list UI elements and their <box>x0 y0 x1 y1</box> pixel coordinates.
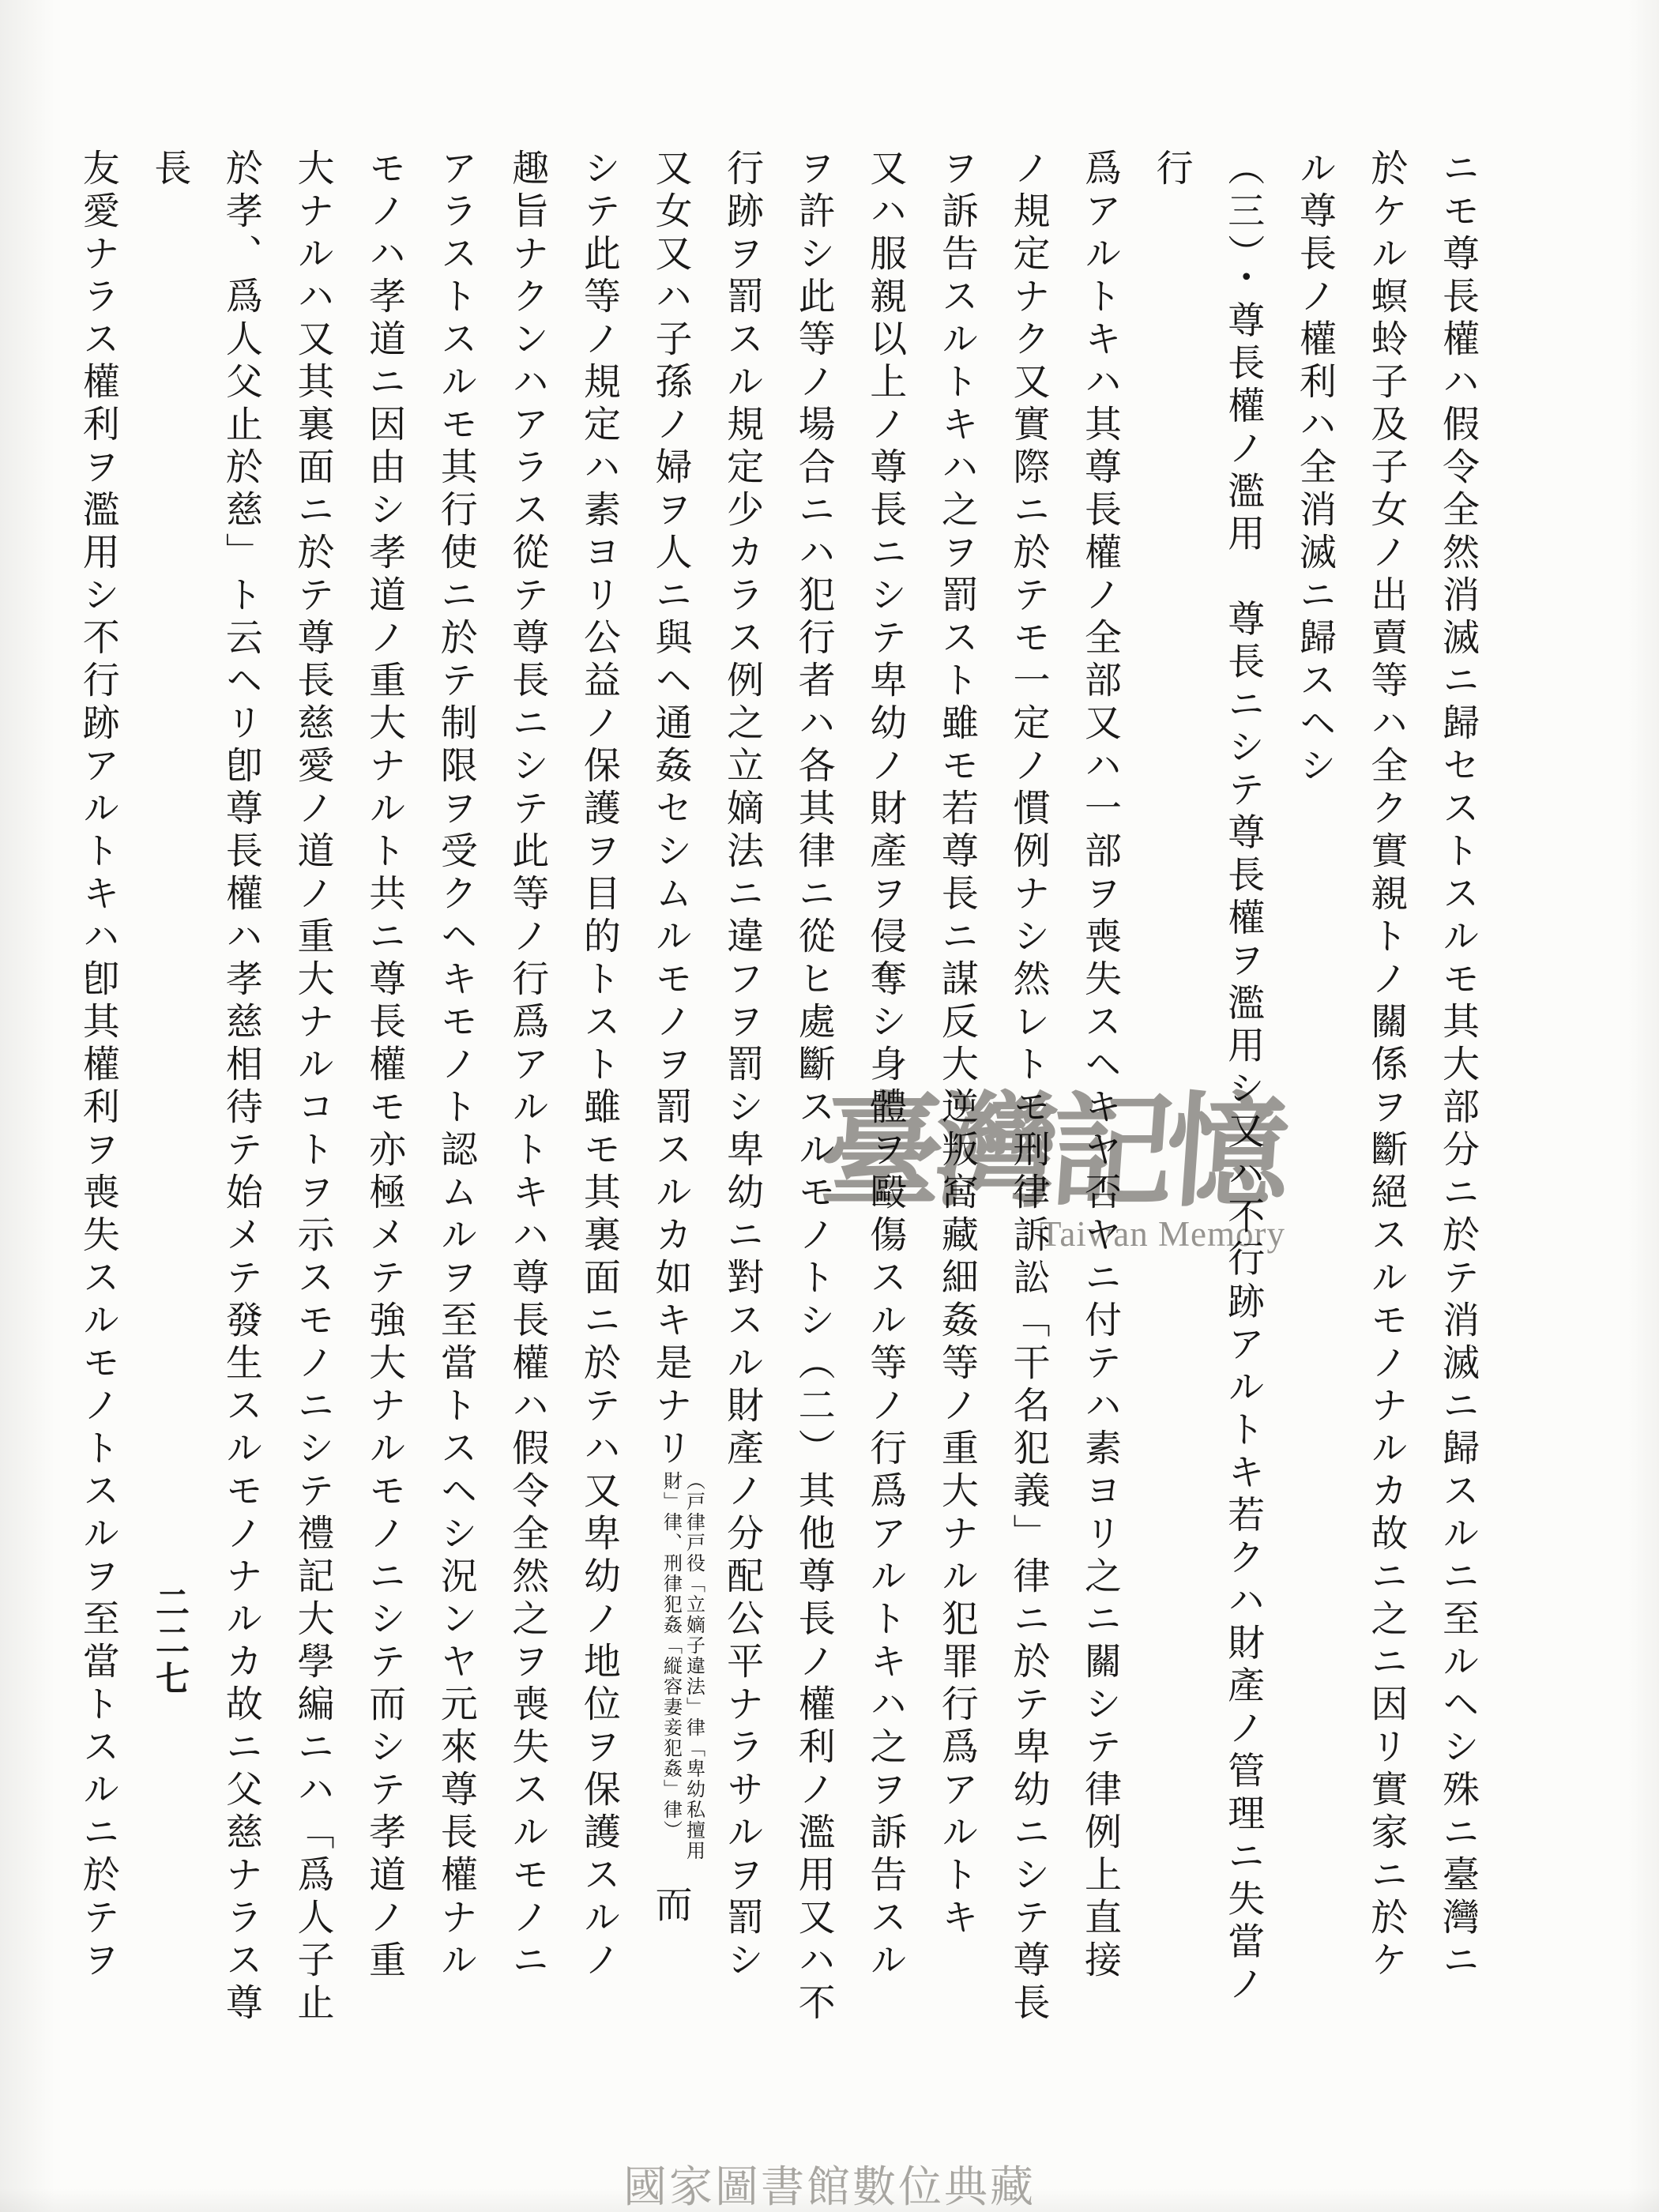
taiwan-memory-watermark-cjk: 臺灣記憶 <box>816 1092 1286 1215</box>
text-run: 又女又ハ子孫ノ婦ヲ人ニ與ヘ通姦セシムルモノヲ罰スルカ如キ是ナリ <box>649 149 690 1471</box>
text-column: 大ナルハ又其裏面ニ於テ尊長慈愛ノ道ノ重大ナルコトヲ示スモノニシテ禮記大學編ニハ「… <box>276 149 348 2041</box>
text-column: ニモ尊長權ハ假令全然消滅ニ歸セストスルモ其大部分ニ於テ消滅ニ歸スルニ至ルヘシ殊ニ… <box>1421 149 1493 2041</box>
text-column-with-note: 又女又ハ子孫ノ婦ヲ人ニ與ヘ通姦セシムルモノヲ罰スルカ如キ是ナリ（戸律戸役「立嫡子… <box>634 149 706 2041</box>
text-column: 行跡ヲ罰スル規定少カラス例之立嫡法ニ違フヲ罰シ卑幼ニ對スル財產ノ分配公平ナラサル… <box>705 149 777 2041</box>
text-column: ル尊長ノ權利ハ全消滅ニ歸スヘシ <box>1278 149 1350 2041</box>
library-footer-caption: 國家圖書館數位典藏 <box>623 2152 1036 2212</box>
text-column: シテ此等ノ規定ハ素ヨリ公益ノ保護ヲ目的トスト雖モ其裏面ニ於テハ又卑幼ノ地位ヲ保護… <box>562 149 634 2041</box>
taiwan-memory-watermark-latin: Taiwan Memory <box>1040 1213 1285 1255</box>
scan-edge-shadow-right <box>1627 0 1659 2212</box>
text-run: 而 <box>649 1885 690 1928</box>
scan-edge-shadow-left <box>0 0 55 2212</box>
text-column: 於孝、爲人父止於慈」ト云ヘリ卽尊長權ハ孝慈相待テ始メテ發生スルモノナルカ故ニ父慈… <box>134 149 276 2041</box>
text-column: 趣旨ナクンハアラス從テ尊長ニシテ此等ノ行爲アルトキハ尊長權ハ假令全然之ヲ喪失スル… <box>491 149 563 2041</box>
inline-legal-citation-note: （戸律戸役「立嫡子違法」律「卑幼私擅用財」律、刑律犯姦「縦容妻妾犯姦」律） <box>655 1471 704 1885</box>
text-column: アラストスルモ其行使ニ於テ制限ヲ受クヘキモノト認ムルヲ至當トスヘシ況ンヤ元來尊長… <box>419 149 491 2041</box>
document-page: { "doc": { "language": "classical Japane… <box>0 0 1659 2212</box>
text-column: モノハ孝道ニ因由シ孝道ノ重大ナルト共ニ尊長權モ亦極メテ強大ナルモノニシテ而シテ孝… <box>348 149 420 2041</box>
page-number: 二二七 <box>145 1585 194 1698</box>
text-column: 友愛ナラス權利ヲ濫用シ不行跡アルトキハ卽其權利ヲ喪失スルモノトスルヲ至當トスルニ… <box>62 149 134 2041</box>
text-column: 於ケル螟蛉子及子女ノ出賣等ハ全ク實親トノ關係ヲ斷絕スルモノナルカ故ニ之ニ因リ實家… <box>1350 149 1422 2041</box>
